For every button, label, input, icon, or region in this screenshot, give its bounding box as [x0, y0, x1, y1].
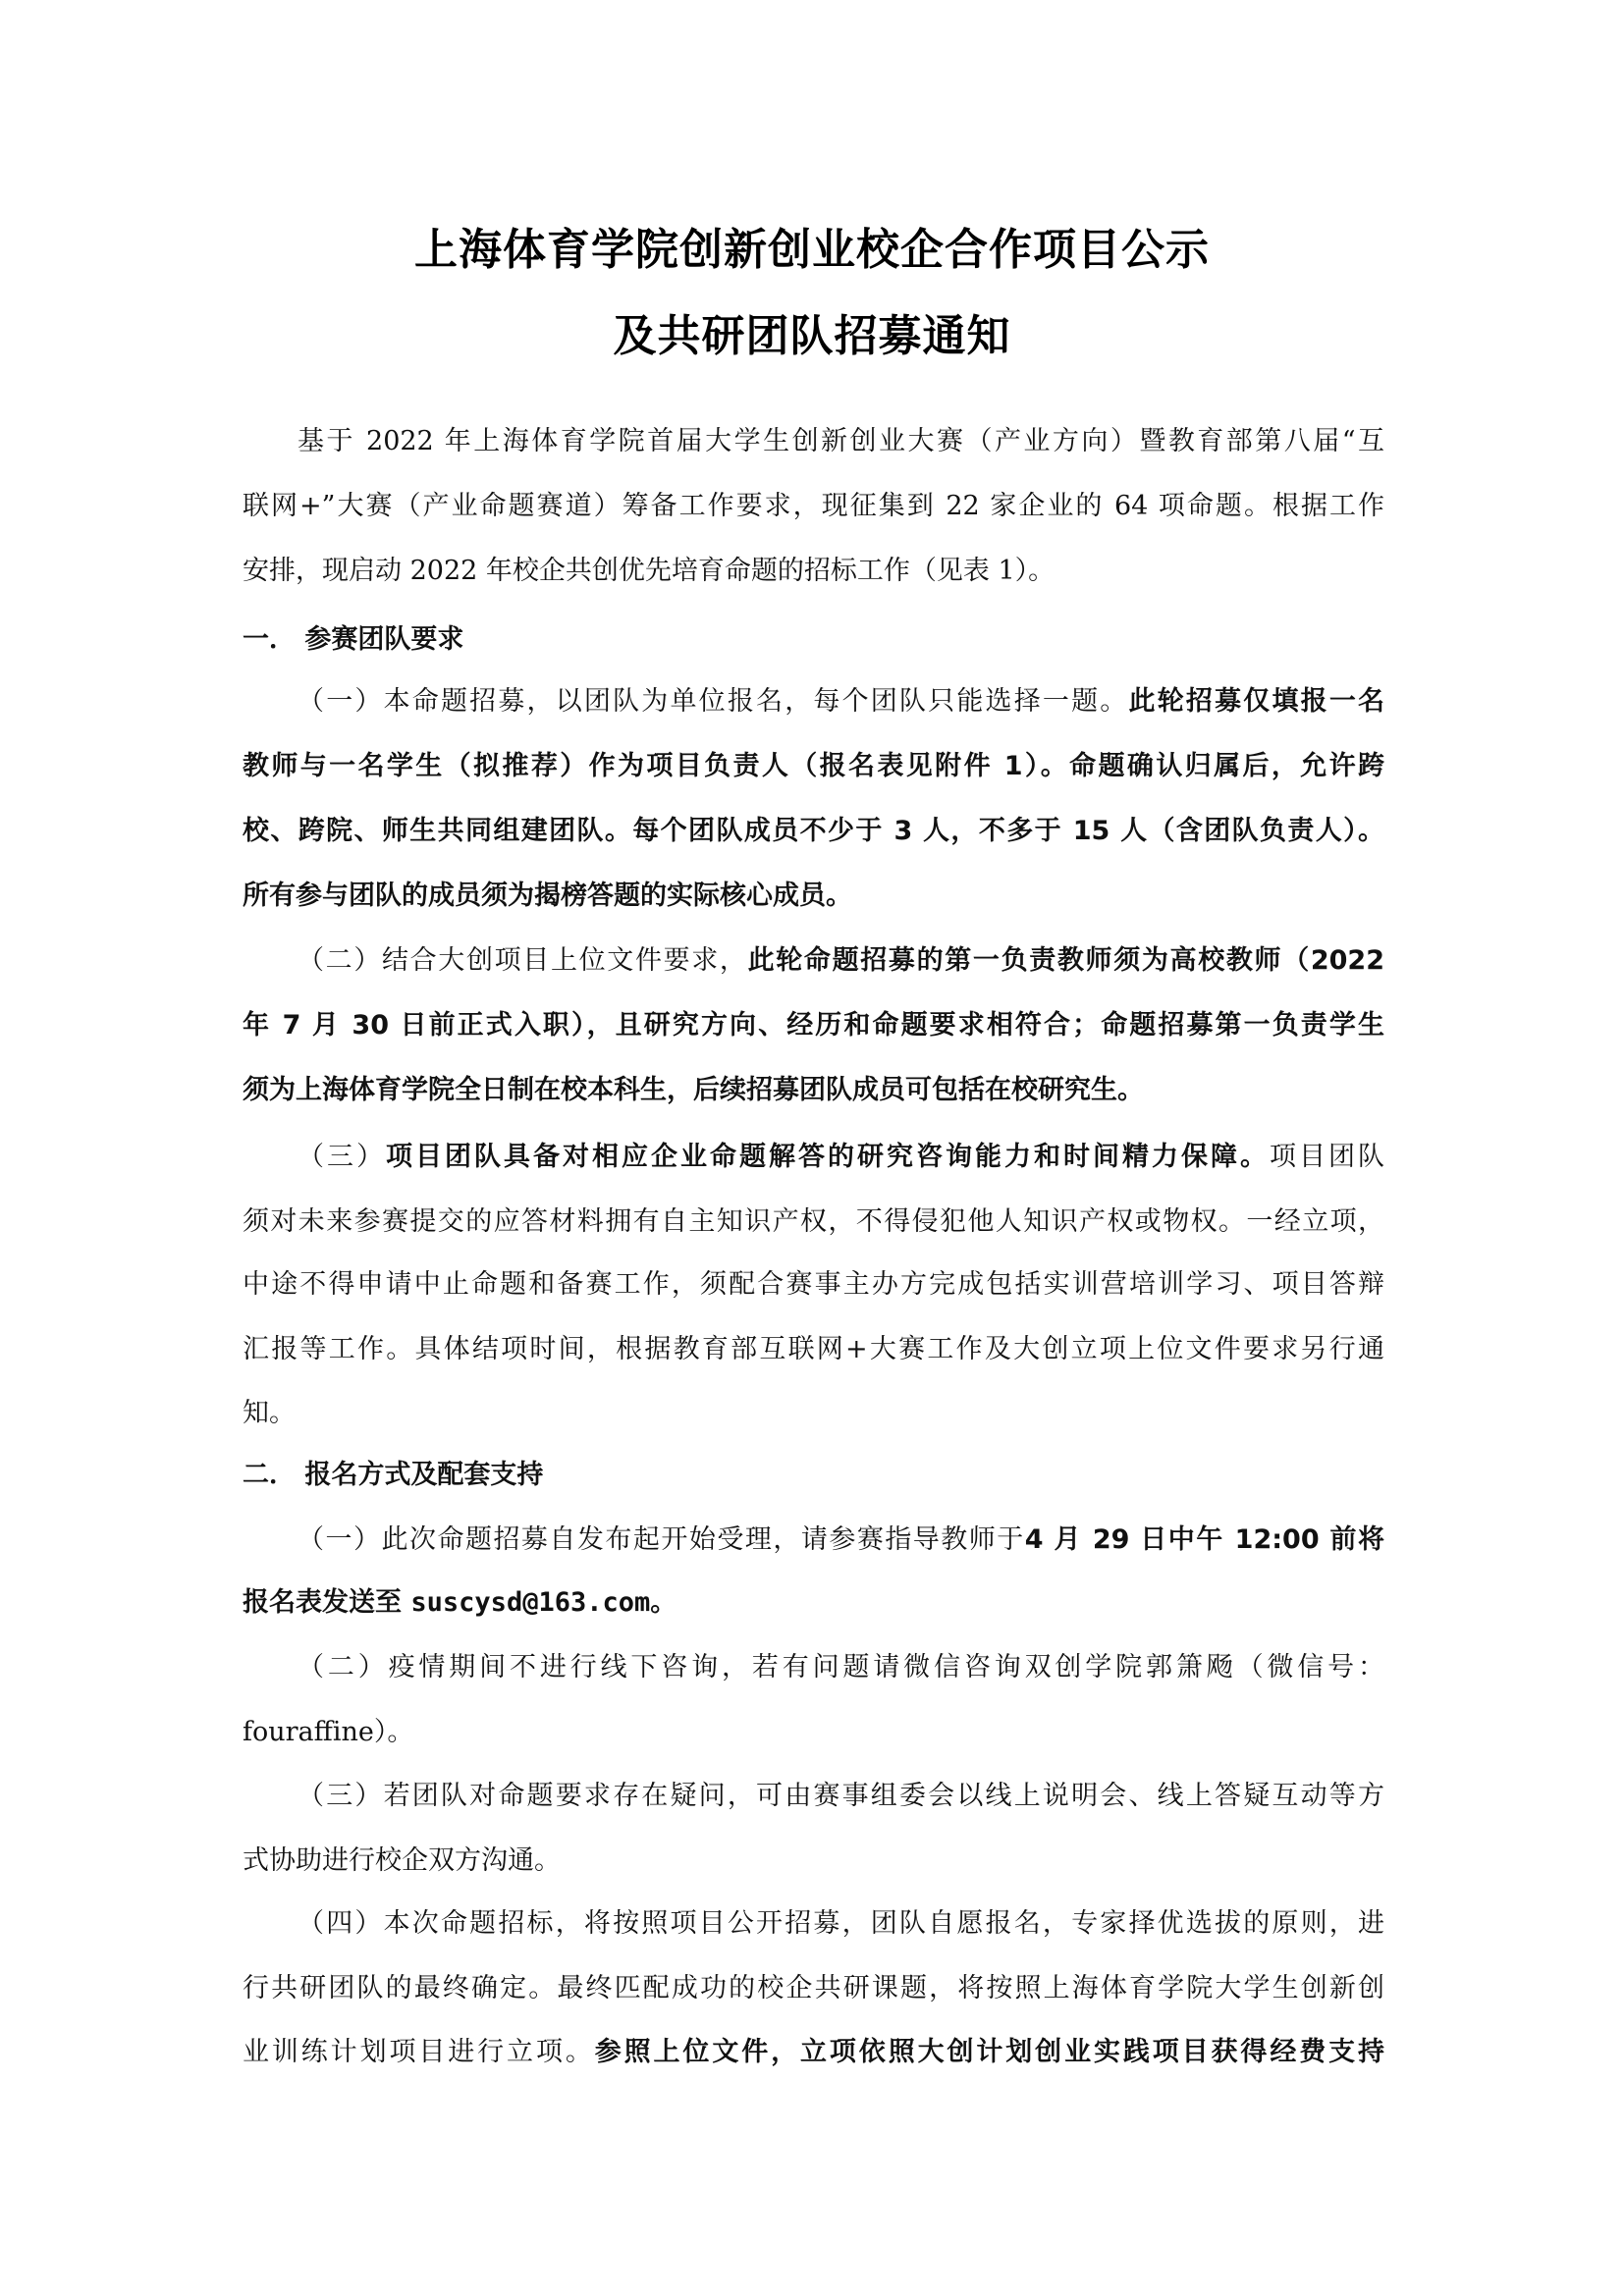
contact-email-link[interactable]: suscysd@163.com: [410, 1587, 650, 1618]
s1-p3-line-2: 须对未来参赛提交的应答材料拥有自主知识产权，不得侵犯他人知识产权或物权。一经立项…: [243, 1202, 1384, 1242]
s2-p1-line-2: 报名表发送至 suscysd@163.com。: [243, 1583, 1384, 1623]
intro-line-2: 联网+”大赛（产业命题赛道）筹备工作要求，现征集到 22 家企业的 64 项命题…: [243, 487, 1384, 526]
section-heading-requirements: 一． 参赛团队要求: [243, 620, 1384, 660]
s1-p3-line-1: （三）项目团队具备对相应企业命题解答的研究咨询能力和时间精力保障。项目团队: [243, 1138, 1384, 1177]
s1-p3-line-5: 知。: [243, 1394, 1384, 1433]
s1-p1-text: （一）本命题招募，以团队为单位报名，每个团队只能选择一题。: [298, 686, 1129, 717]
intro-line-3: 安排，现启动 2022 年校企共创优先培育命题的招标工作（见表 1）。: [243, 552, 1384, 591]
s2-p4-bold-text: 参照上位文件，立项依照大创计划创业实践项目获得经费支持: [595, 2037, 1384, 2067]
s1-p1-line-2: 教师与一名学生（拟推荐）作为项目负责人（报名表见附件 1）。命题确认归属后，允许…: [243, 747, 1384, 786]
s1-p1-line-3: 校、跨院、师生共同组建团队。每个团队成员不少于 3 人，不多于 15 人（含团队…: [243, 812, 1384, 851]
s2-p3-line-2: 式协助进行校企双方沟通。: [243, 1842, 1384, 1881]
s2-p2-line-2: fouraffine）。: [243, 1713, 1384, 1752]
s2-p2-line-1: （二）疫情期间不进行线下咨询，若有问题请微信咨询双创学院郭箫飏（微信号：: [243, 1648, 1384, 1687]
s1-p2-line-1: （二）结合大创项目上位文件要求，此轮命题招募的第一负责教师须为高校教师（2022: [243, 941, 1384, 981]
s1-p3-text: 项目团队: [1270, 1142, 1384, 1172]
s1-p2-line-3: 须为上海体育学院全日制在校本科生，后续招募团队成员可包括在校研究生。: [243, 1071, 1384, 1110]
s2-p4-line-2: 行共研团队的最终确定。最终匹配成功的校企共研课题，将按照上海体育学院大学生创新创: [243, 1969, 1384, 2008]
s2-p1-end: 。: [650, 1587, 677, 1618]
s1-p3-bold-text: 项目团队具备对相应企业命题解答的研究咨询能力和时间精力保障。: [386, 1142, 1270, 1172]
document-page: 上海体育学院创新创业校企合作项目公示 及共研团队招募通知 基于 2022 年上海…: [0, 0, 1624, 2296]
s2-p4-line-1: （四）本次命题招标，将按照项目公开招募，团队自愿报名，专家择优选拔的原则，进: [243, 1904, 1384, 1944]
s2-p3-line-1: （三）若团队对命题要求存在疑问，可由赛事组委会以线上说明会、线上答疑互动等方: [243, 1777, 1384, 1816]
section-heading-registration: 二． 报名方式及配套支持: [243, 1456, 1384, 1495]
page-title-line-2: 及共研团队招募通知: [0, 300, 1624, 363]
s2-p1-bold-text: 报名表发送至: [243, 1587, 410, 1618]
s1-p1-line-4: 所有参与团队的成员须为揭榜答题的实际核心成员。: [243, 877, 1384, 916]
s1-p2-line-2: 年 7 月 30 日前正式入职），且研究方向、经历和命题要求相符合；命题招募第一…: [243, 1006, 1384, 1045]
s2-p4-text: 业训练计划项目进行立项。: [243, 2037, 595, 2067]
s2-p4-line-3: 业训练计划项目进行立项。参照上位文件，立项依照大创计划创业实践项目获得经费支持: [243, 2033, 1384, 2072]
s2-p1-text: （一）此次命题招募自发布起开始受理，请参赛指导教师于: [298, 1524, 1025, 1555]
s2-p1-deadline: 4 月 29 日中午 12:00 前将: [1025, 1524, 1384, 1555]
s2-p1-line-1: （一）此次命题招募自发布起开始受理，请参赛指导教师于4 月 29 日中午 12:…: [243, 1521, 1384, 1560]
s1-p1-bold-text: 此轮招募仅填报一名: [1129, 686, 1385, 717]
s1-p3-prefix: （三）: [298, 1142, 386, 1172]
s1-p1-line-1: （一）本命题招募，以团队为单位报名，每个团队只能选择一题。此轮招募仅填报一名: [243, 682, 1384, 721]
s1-p2-bold-text: 此轮命题招募的第一负责教师须为高校教师（2022: [748, 945, 1384, 976]
s1-p3-line-3: 中途不得申请中止命题和备赛工作，须配合赛事主办方完成包括实训营培训学习、项目答辩: [243, 1265, 1384, 1305]
s1-p3-line-4: 汇报等工作。具体结项时间，根据教育部互联网+大赛工作及大创立项上位文件要求另行通: [243, 1330, 1384, 1369]
s1-p2-text: （二）结合大创项目上位文件要求，: [298, 945, 748, 976]
page-title-line-1: 上海体育学院创新创业校企合作项目公示: [0, 214, 1624, 277]
intro-line-1: 基于 2022 年上海体育学院首届大学生创新创业大赛（产业方向）暨教育部第八届“…: [243, 422, 1384, 461]
